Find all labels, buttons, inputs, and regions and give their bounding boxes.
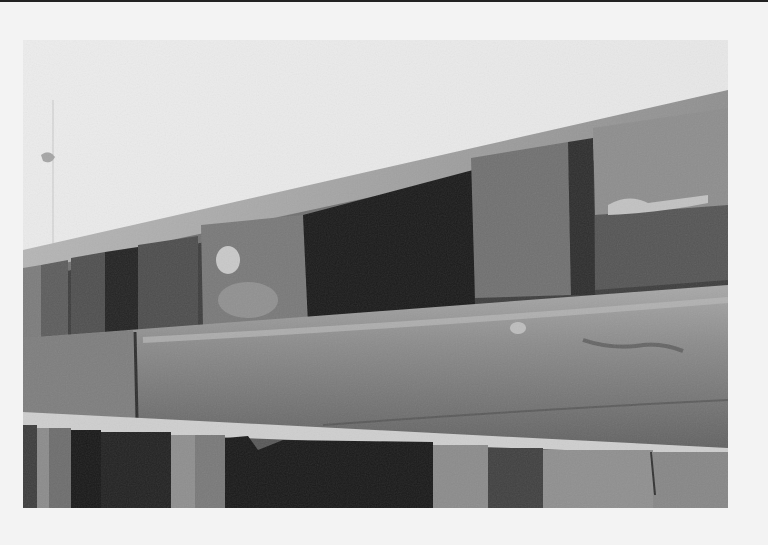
scan-edge (0, 0, 768, 2)
photograph (23, 40, 728, 508)
timber-wall-photo (23, 40, 728, 508)
photo-print (0, 0, 768, 545)
